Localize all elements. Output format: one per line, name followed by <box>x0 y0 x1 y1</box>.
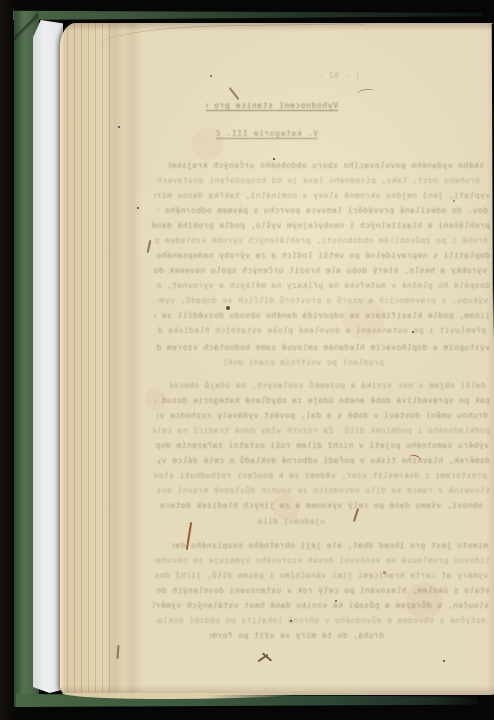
paper-speck <box>210 75 212 77</box>
paper-speck <box>137 207 139 209</box>
paper-fiber <box>229 87 240 100</box>
paper-speck <box>290 620 292 622</box>
paper-speck <box>383 571 386 574</box>
paper-fiber <box>353 508 359 522</box>
book-photo: ( - 92 -Vyhodnocení stanice pro obvodní … <box>0 0 494 720</box>
paper-speck <box>453 200 455 202</box>
paper-speck <box>443 660 445 662</box>
paper-speck <box>335 600 337 602</box>
paper-fiber <box>117 645 120 659</box>
paper-fiber <box>186 522 192 550</box>
paper-speck <box>226 306 230 310</box>
paper-speck <box>412 331 414 333</box>
paper-speck <box>273 158 275 160</box>
paper-fiber <box>147 240 152 253</box>
paper-marks-layer <box>0 0 494 720</box>
paper-speck <box>118 126 120 128</box>
paper-fiber <box>357 88 376 98</box>
paper-fiber <box>407 453 423 467</box>
